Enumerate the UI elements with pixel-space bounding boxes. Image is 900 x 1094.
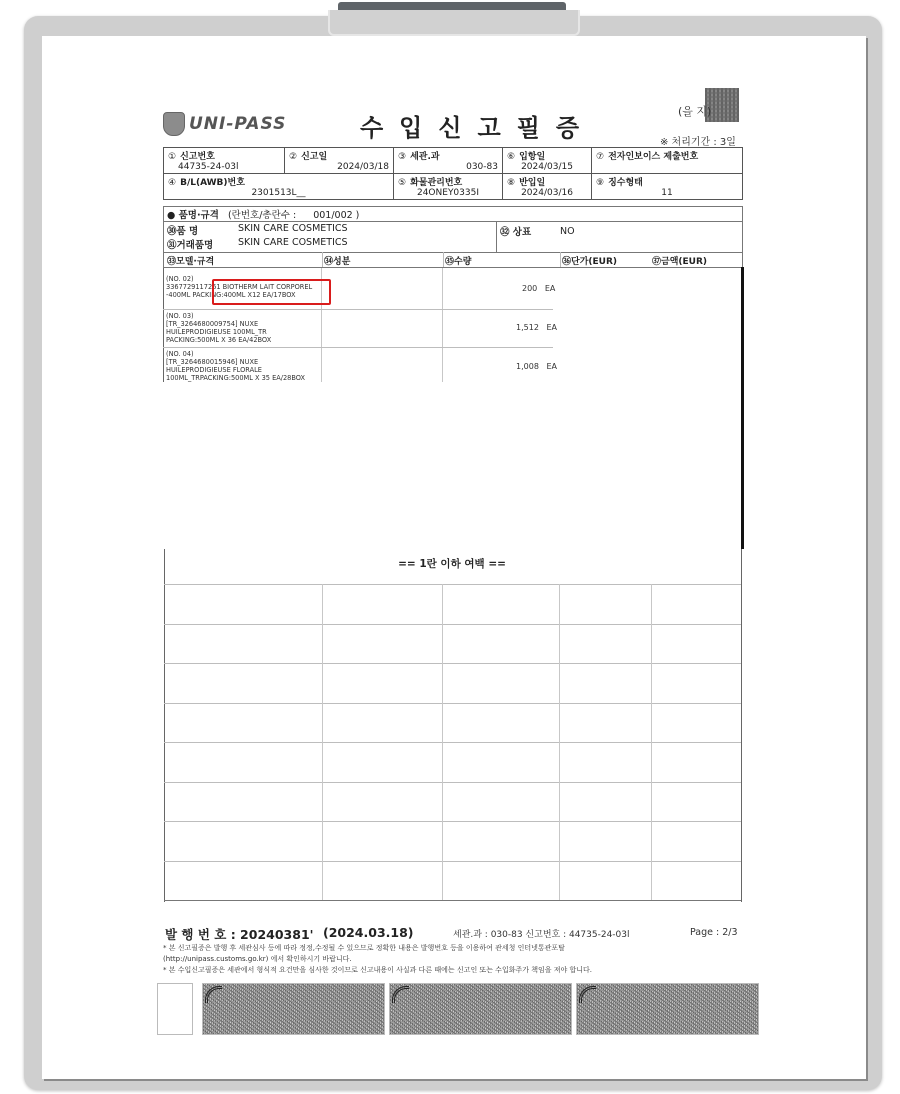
document-title: 수입신고필증 — [360, 108, 595, 143]
field-declaration-number: ①신고번호 44735-24-03l — [164, 148, 285, 174]
swirl-icon — [205, 986, 222, 1003]
security-pattern — [202, 983, 385, 1035]
footer-customs-info: 세관.과 : 030-83 신고번호 : 44735-24-03l — [453, 927, 630, 940]
swirl-icon — [579, 986, 596, 1003]
unipass-logo: UNI-PASS — [163, 112, 286, 136]
security-pattern — [389, 983, 572, 1035]
page-indicator: Page : 2/3 — [690, 927, 738, 938]
declaration-header-table: ①신고번호 44735-24-03l ②신고일 2024/03/18 ③세관.과… — [163, 147, 743, 200]
footer-note: * 본 수입신고필증은 세관에서 형식적 요건만을 심사한 것이므로 신고내용이… — [163, 965, 592, 975]
form-code: (을 지) — [678, 103, 711, 119]
item-row-desc: (NO. 04) [TR_3264680015946] NUXE HUILEPR… — [166, 350, 305, 382]
logo-text: UNI-PASS — [189, 114, 286, 134]
highlight-box — [212, 279, 331, 305]
items-left-border — [163, 268, 164, 382]
issue-number: 발 행 번 호 : 20240381' — [165, 925, 313, 943]
shield-icon — [163, 112, 185, 136]
item-section-heading: ● 품명·규격 (란번호/총란수 : 001/002 ) — [163, 206, 743, 222]
item-row-qty: 1,512 EA — [516, 323, 557, 332]
footer-note: * 본 신고필증은 발행 후 세관심사 등에 따라 정정,수정될 수 있으므로 … — [163, 943, 565, 953]
blank-marker: == 1란 이하 여백 == — [163, 556, 741, 571]
field-declaration-date: ②신고일 2024/03/18 — [285, 148, 394, 174]
product-name-block: ㉚품 명 SKIN CARE COSMETICS ㉛거래품명 SKIN CARE… — [163, 221, 743, 253]
field-cargo-number: ⑤화물관리번호 24ONEY0335I — [394, 174, 503, 200]
clipboard-clip-plate — [328, 10, 580, 36]
processing-period: ※ 처리기간 : 3일 — [660, 133, 736, 148]
item-row-qty: 1,008 EA — [516, 362, 557, 371]
security-blank-box — [157, 983, 193, 1035]
item-table-header: ㉝모델·규격 ㉞성분 ㉟수량 ㊱단가(EUR) ㊲금액(EUR) — [163, 252, 743, 268]
field-arrival-date: ⑥입항일 2024/03/15 — [503, 148, 592, 174]
field-customs-office: ③세관.과 030-83 — [394, 148, 503, 174]
security-pattern — [576, 983, 759, 1035]
footer-note: (http://unipass.customs.go.kr) 에서 확인하시기 … — [163, 954, 352, 964]
swirl-icon — [392, 986, 409, 1003]
field-collection-type: ⑨징수형태 11 — [592, 174, 743, 200]
issue-date: (2024.03.18) — [323, 925, 414, 940]
field-warehouse-date: ⑧반입일 2024/03/16 — [503, 174, 592, 200]
field-bl-number: ④B/L(AWB)번호 2301513L__ — [164, 174, 394, 200]
scan-edge-bar — [741, 267, 744, 549]
item-row-qty: 200 EA — [522, 284, 555, 293]
field-e-invoice-number: ⑦전자인보이스 제출번호 — [592, 148, 743, 174]
item-row-desc: (NO. 03) [TR_3264680009754] NUXE HUILEPR… — [166, 312, 271, 344]
